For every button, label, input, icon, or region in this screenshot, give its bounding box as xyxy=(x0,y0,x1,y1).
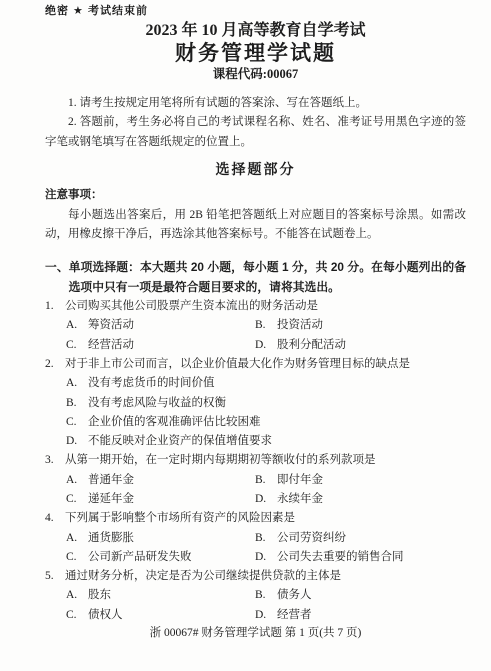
option-text: 没有考虑货币的时间价值 xyxy=(80,374,215,393)
option-label: C. xyxy=(66,606,80,625)
exam-session-title: 2023 年 10 月高等教育自学考试 xyxy=(45,20,466,41)
section-title: 选择题部分 xyxy=(45,160,466,178)
option-label: C. xyxy=(66,413,80,432)
question-options: A.普通年金 B.即付年金 C.递延年金 D.永续年金 xyxy=(45,471,466,510)
option-label: B. xyxy=(66,394,80,413)
question-number: 5. xyxy=(45,567,65,586)
option-label: A. xyxy=(66,586,80,605)
notice-body: 每小题选出答案后，用 2B 铅笔把答题纸上对应题目的答案标号涂黑。如需改动，用橡… xyxy=(45,206,466,245)
option-label: A. xyxy=(66,471,80,490)
exam-subject-title: 财务管理学试题 xyxy=(45,41,466,66)
option-label: A. xyxy=(66,529,80,548)
option-c: C.企业价值的客观准确评估比较困难 xyxy=(66,413,466,432)
option-d: D.不能反映对企业资产的保值增值要求 xyxy=(66,432,466,451)
question-stem: 公司购买其他公司股票产生资本流出的财务活动是 xyxy=(65,297,466,316)
option-c: C.债权人 xyxy=(66,606,255,625)
question-stem: 通过财务分析，决定是否为公司继续提供贷款的主体是 xyxy=(65,567,466,586)
option-b: B.即付年金 xyxy=(255,471,466,490)
question-number: 2. xyxy=(45,355,65,374)
option-text: 公司劳资纠纷 xyxy=(269,529,346,548)
option-d: D.经营者 xyxy=(255,606,466,625)
option-label: B. xyxy=(255,471,269,490)
option-text: 不能反映对企业资产的保值增值要求 xyxy=(80,432,272,451)
general-instructions: 1. 请考生按规定用笔将所有试题的答案涂、写在答题纸上。 2. 答题前，考生务必… xyxy=(45,94,466,152)
option-text: 股东 xyxy=(80,586,111,605)
option-label: A. xyxy=(66,316,80,335)
question-4: 4. 下列属于影响整个市场所有资产的风险因素是 A.通货膨胀 B.公司劳资纠纷 … xyxy=(45,509,466,567)
instruction-item-2: 2. 答题前，考生务必将自己的考试课程名称、姓名、准考证号用黑色字迹的签字笔或钢… xyxy=(45,113,466,152)
option-text: 永续年金 xyxy=(269,490,323,509)
option-text: 即付年金 xyxy=(269,471,323,490)
option-label: D. xyxy=(66,432,80,451)
question-number: 3. xyxy=(45,451,65,470)
option-text: 股利分配活动 xyxy=(269,336,346,355)
question-options: A.筹资活动 B.投资活动 C.经营活动 D.股利分配活动 xyxy=(45,316,466,355)
option-c: C.经营活动 xyxy=(66,336,255,355)
question-options: A.通货膨胀 B.公司劳资纠纷 C.公司新产品研发失败 D.公司失去重要的销售合… xyxy=(45,529,466,568)
option-text: 普通年金 xyxy=(80,471,134,490)
option-a: A.没有考虑货币的时间价值 xyxy=(66,374,466,393)
option-text: 债务人 xyxy=(269,586,312,605)
classification-label: 绝密 ★ 考试结束前 xyxy=(45,4,466,18)
question-number: 4. xyxy=(45,509,65,528)
course-code: 课程代码:00067 xyxy=(45,66,466,83)
option-b: B.投资活动 xyxy=(255,316,466,335)
option-c: C.递延年金 xyxy=(66,490,255,509)
option-text: 没有考虑风险与收益的权衡 xyxy=(80,394,226,413)
question-stem: 从第一期开始，在一定时期内每期期初等额收付的系列款项是 xyxy=(65,451,466,470)
question-3: 3. 从第一期开始，在一定时期内每期期初等额收付的系列款项是 A.普通年金 B.… xyxy=(45,451,466,509)
question-5: 5. 通过财务分析，决定是否为公司继续提供贷款的主体是 A.股东 B.债务人 C… xyxy=(45,567,466,625)
option-a: A.通货膨胀 xyxy=(66,529,255,548)
option-text: 递延年金 xyxy=(80,490,134,509)
option-label: D. xyxy=(255,336,269,355)
option-text: 通货膨胀 xyxy=(80,529,134,548)
option-a: A.筹资活动 xyxy=(66,316,255,335)
question-2: 2. 对于非上市公司而言，以企业价值最大化作为财务管理目标的缺点是 A.没有考虑… xyxy=(45,355,466,451)
option-c: C.公司新产品研发失败 xyxy=(66,548,255,567)
question-list: 1. 公司购买其他公司股票产生资本流出的财务活动是 A.筹资活动 B.投资活动 … xyxy=(45,297,466,625)
option-label: D. xyxy=(255,548,269,567)
question-options: A.没有考虑货币的时间价值 B.没有考虑风险与收益的权衡 C.企业价值的客观准确… xyxy=(45,374,466,451)
instruction-item-1: 1. 请考生按规定用笔将所有试题的答案涂、写在答题纸上。 xyxy=(45,94,466,113)
option-label: B. xyxy=(255,529,269,548)
notice-label: 注意事项： xyxy=(45,186,466,205)
question-options: A.股东 B.债务人 C.债权人 D.经营者 xyxy=(45,586,466,625)
option-label: D. xyxy=(255,606,269,625)
option-text: 企业价值的客观准确评估比较困难 xyxy=(80,413,261,432)
option-b: B.没有考虑风险与收益的权衡 xyxy=(66,394,466,413)
question-number: 1. xyxy=(45,297,65,316)
option-text: 公司失去重要的销售合同 xyxy=(269,548,404,567)
option-a: A.普通年金 xyxy=(66,471,255,490)
option-text: 经营活动 xyxy=(80,336,134,355)
part1-heading: 一、单项选择题：本大题共 20 小题，每小题 1 分，共 20 分。在每小题列出… xyxy=(45,258,466,297)
option-label: D. xyxy=(255,490,269,509)
question-stem: 对于非上市公司而言，以企业价值最大化作为财务管理目标的缺点是 xyxy=(65,355,466,374)
option-text: 筹资活动 xyxy=(80,316,134,335)
option-label: B. xyxy=(255,586,269,605)
option-label: C. xyxy=(66,490,80,509)
option-text: 公司新产品研发失败 xyxy=(80,548,192,567)
option-label: B. xyxy=(255,316,269,335)
option-d: D.股利分配活动 xyxy=(255,336,466,355)
option-label: A. xyxy=(66,374,80,393)
question-1: 1. 公司购买其他公司股票产生资本流出的财务活动是 A.筹资活动 B.投资活动 … xyxy=(45,297,466,355)
option-text: 投资活动 xyxy=(269,316,323,335)
option-b: B.债务人 xyxy=(255,586,466,605)
exam-paper-page: 绝密 ★ 考试结束前 2023 年 10 月高等教育自学考试 财务管理学试题 课… xyxy=(0,0,491,671)
option-b: B.公司劳资纠纷 xyxy=(255,529,466,548)
option-label: C. xyxy=(66,548,80,567)
option-d: D.永续年金 xyxy=(255,490,466,509)
question-stem: 下列属于影响整个市场所有资产的风险因素是 xyxy=(65,509,466,528)
option-text: 经营者 xyxy=(269,606,312,625)
option-text: 债权人 xyxy=(80,606,123,625)
option-a: A.股东 xyxy=(66,586,255,605)
option-d: D.公司失去重要的销售合同 xyxy=(255,548,466,567)
option-label: C. xyxy=(66,336,80,355)
page-footer: 浙 00067# 财务管理学试题 第 1 页(共 7 页) xyxy=(45,625,466,641)
